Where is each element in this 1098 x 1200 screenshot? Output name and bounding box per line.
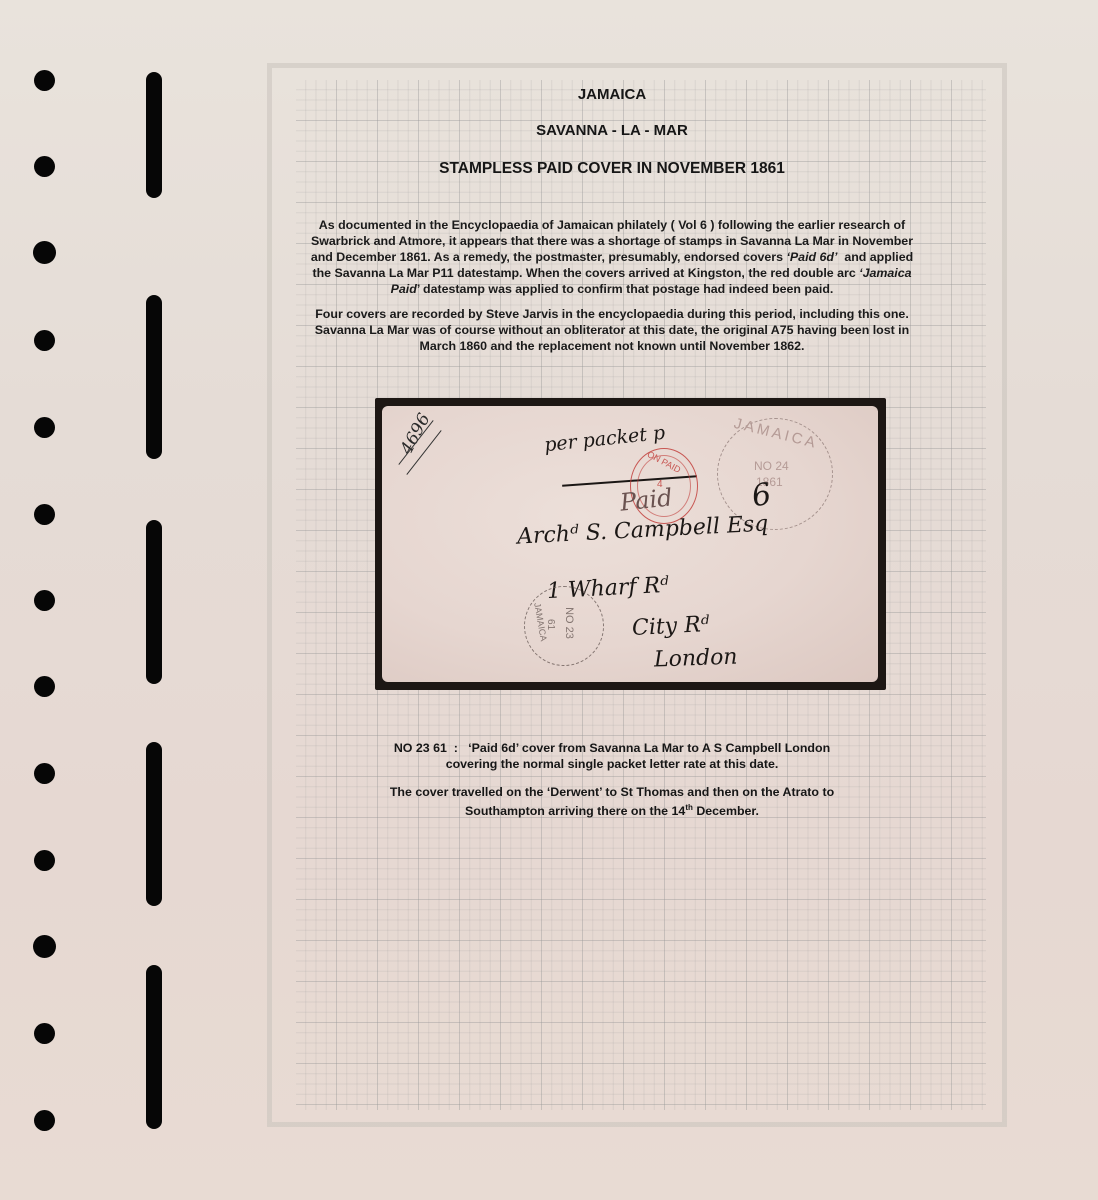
text-line: Savanna La Mar was of course without an … xyxy=(296,322,928,338)
cover-envelope: 4696 per packet p ON PAID 4 JAMAICA NO 2… xyxy=(382,406,878,682)
origin-stamp-year: 61 xyxy=(545,619,556,630)
text-line: As documented in the Encyclopaedia of Ja… xyxy=(296,217,928,233)
binder-slot xyxy=(146,72,162,198)
text-span: December. xyxy=(693,804,759,818)
punch-hole xyxy=(33,935,56,958)
page-heading: STAMPLESS PAID COVER IN NOVEMBER 1861 xyxy=(296,160,928,178)
text-line: Swarbrick and Atmore, it appears that th… xyxy=(296,233,928,249)
endorsement-extra: p xyxy=(652,422,666,445)
route-caption: The cover travelled on the ‘Derwent’ to … xyxy=(296,784,928,819)
address-line-3: City Rᵈ xyxy=(631,612,710,641)
paid-label: Paid xyxy=(619,483,674,516)
intro-paragraph-1: As documented in the Encyclopaedia of Ja… xyxy=(296,217,928,297)
cover-mount: 4696 per packet p ON PAID 4 JAMAICA NO 2… xyxy=(375,398,886,690)
emphasis: ‘Paid 6d’ xyxy=(786,250,837,264)
text-line: Four covers are recorded by Steve Jarvis… xyxy=(296,306,928,322)
cover-caption: NO 23 61 : ‘Paid 6d’ cover from Savanna … xyxy=(296,740,928,772)
intro-paragraph-2: Four covers are recorded by Steve Jarvis… xyxy=(296,306,928,354)
punch-hole xyxy=(34,676,55,697)
punch-hole xyxy=(34,330,55,351)
page-subtitle: SAVANNA - LA - MAR xyxy=(296,122,928,139)
address-line-4: London xyxy=(654,645,738,673)
punch-hole xyxy=(34,850,55,871)
punch-hole xyxy=(34,763,55,784)
address-line-1: Archᵈ S. Campbell Esq xyxy=(517,511,769,549)
text-line: March 1860 and the replacement not known… xyxy=(296,338,928,354)
punch-hole xyxy=(33,241,56,264)
text-span: ’ datestamp was applied to confirm that … xyxy=(417,282,834,296)
text-line: Paid’ datestamp was applied to confirm t… xyxy=(296,281,928,297)
page-title: JAMAICA xyxy=(296,86,928,103)
punch-hole xyxy=(34,1023,55,1044)
pencil-note: 4696 xyxy=(397,410,435,458)
savanna-la-mar-datestamp: JAMAICA NO 23 61 xyxy=(524,586,604,666)
text-line: and December 1861. As a remedy, the post… xyxy=(296,249,928,265)
text-span: the Savanna La Mar P11 datestamp. When t… xyxy=(312,266,859,280)
text-line: covering the normal single packet letter… xyxy=(296,756,928,772)
binder-slot xyxy=(146,742,162,906)
binder-slot xyxy=(146,520,162,684)
paid-manuscript: Paid xyxy=(619,483,674,516)
punch-hole xyxy=(34,504,55,525)
punch-hole xyxy=(34,417,55,438)
punch-hole xyxy=(34,156,55,177)
superscript: th xyxy=(685,803,693,812)
endorsement-label: per packet xyxy=(543,424,648,457)
jamaica-stamp-date: NO 24 xyxy=(754,459,789,473)
punch-hole xyxy=(34,590,55,611)
punch-hole xyxy=(34,70,55,91)
origin-stamp-date: NO 23 xyxy=(563,607,575,639)
text-line: the Savanna La Mar P11 datestamp. When t… xyxy=(296,265,928,281)
binder-slot xyxy=(146,295,162,459)
text-span: Southampton arriving there on the 14 xyxy=(465,804,685,818)
punch-hole xyxy=(34,1110,55,1131)
emphasis: Paid xyxy=(391,282,417,296)
jamaica-stamp-name: JAMAICA xyxy=(725,413,826,454)
binder-slot xyxy=(146,965,162,1129)
text-span: and December 1861. As a remedy, the post… xyxy=(311,250,787,264)
text-span: and applied xyxy=(837,250,913,264)
text-line: Southampton arriving there on the 14th D… xyxy=(296,800,928,819)
emphasis: ‘Jamaica xyxy=(859,266,911,280)
text-line: NO 23 61 : ‘Paid 6d’ cover from Savanna … xyxy=(296,740,928,756)
text-line: The cover travelled on the ‘Derwent’ to … xyxy=(296,784,928,800)
pencil-number: 4696 xyxy=(397,410,435,458)
